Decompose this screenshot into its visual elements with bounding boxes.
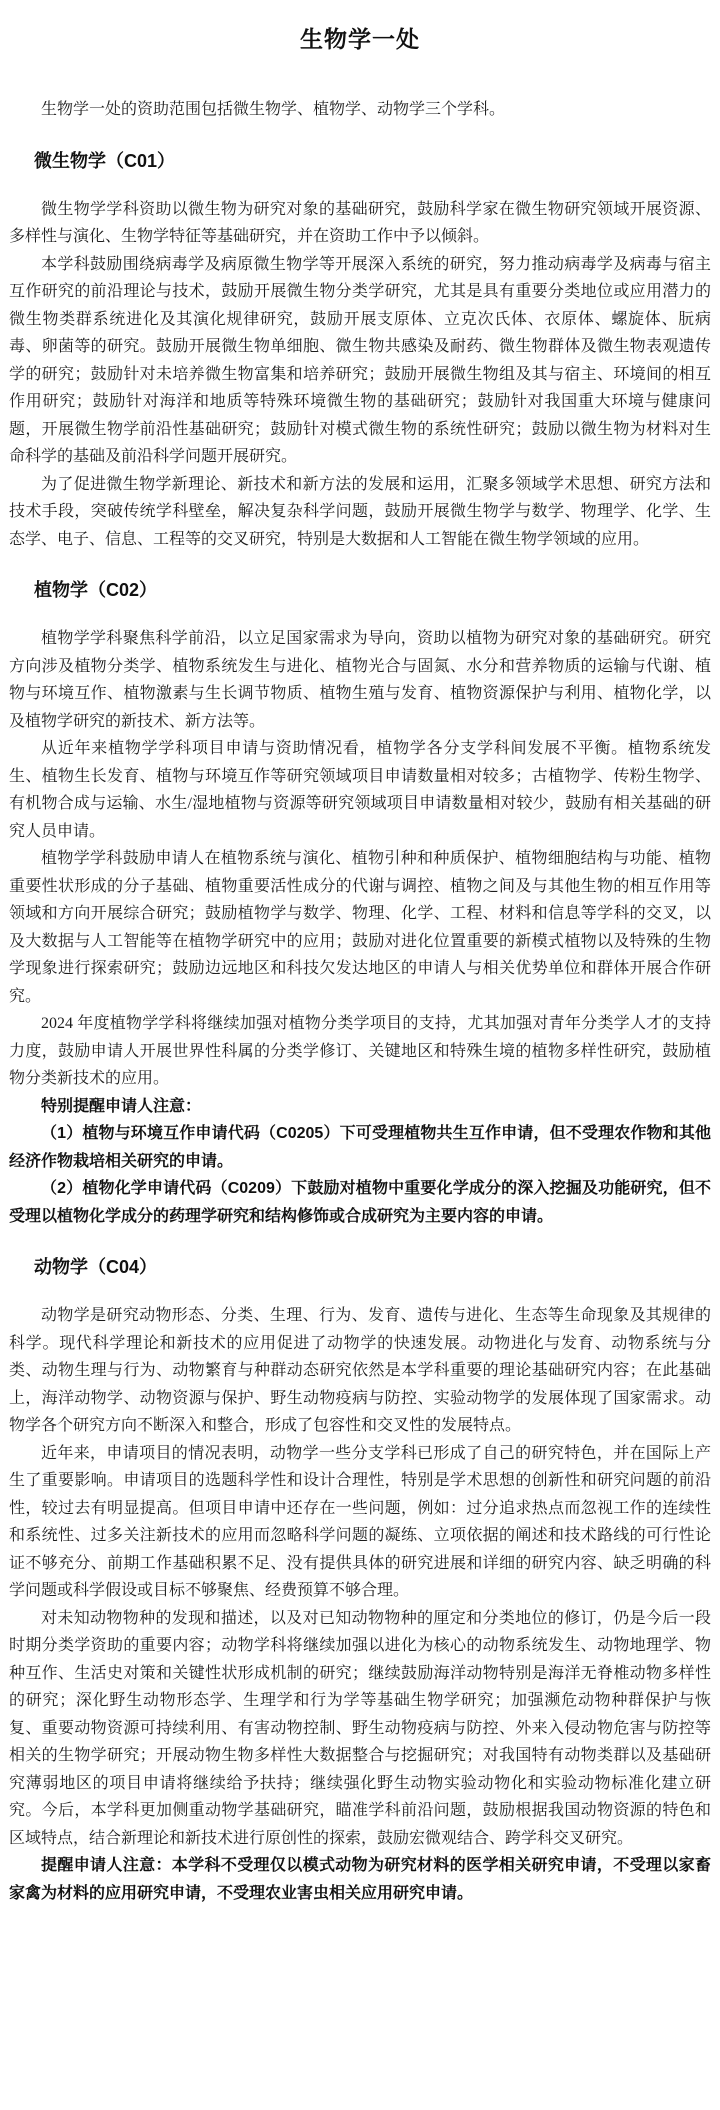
body-paragraph: 本学科鼓励围绕病毒学及病原微生物学等开展深入系统的研究，努力推动病毒学及病毒与宿… (9, 251, 711, 471)
body-paragraph: 对未知动物物种的发现和描述，以及对已知动物物种的厘定和分类地位的修订，仍是今后一… (9, 1605, 711, 1853)
notice-paragraph: （2）植物化学申请代码（C0209）下鼓励对植物中重要化学成分的深入挖掘及功能研… (9, 1175, 711, 1230)
body-paragraph: 生物学一处的资助范围包括微生物学、植物学、动物学三个学科。 (9, 96, 711, 124)
section-heading: 植物学（C02） (9, 576, 711, 602)
document-page: 生物学一处 生物学一处的资助范围包括微生物学、植物学、动物学三个学科。微生物学（… (0, 0, 720, 1947)
document-content: 生物学一处的资助范围包括微生物学、植物学、动物学三个学科。微生物学（C01）微生… (9, 96, 711, 1907)
body-paragraph: 近年来，申请项目的情况表明，动物学一些分支学科已形成了自己的研究特色，并在国际上… (9, 1440, 711, 1605)
notice-paragraph: 提醒申请人注意：本学科不受理仅以模式动物为研究材料的医学相关研究申请，不受理以家… (9, 1852, 711, 1907)
body-paragraph: 植物学学科鼓励申请人在植物系统与演化、植物引种和种质保护、植物细胞结构与功能、植… (9, 845, 711, 1010)
body-paragraph: 微生物学学科资助以微生物为研究对象的基础研究，鼓励科学家在微生物研究领域开展资源… (9, 196, 711, 251)
body-paragraph: 植物学学科聚焦科学前沿，以立足国家需求为导向，资助以植物为研究对象的基础研究。研… (9, 625, 711, 735)
notice-paragraph: 特别提醒申请人注意： (9, 1093, 711, 1121)
body-paragraph: 从近年来植物学学科项目申请与资助情况看，植物学各分支学科间发展不平衡。植物系统发… (9, 735, 711, 845)
section-heading: 动物学（C04） (9, 1253, 711, 1279)
body-paragraph: 为了促进微生物学新理论、新技术和新方法的发展和运用，汇聚多领域学术思想、研究方法… (9, 471, 711, 554)
page-title: 生物学一处 (9, 21, 711, 54)
body-paragraph: 动物学是研究动物形态、分类、生理、行为、发育、遗传与进化、生态等生命现象及其规律… (9, 1302, 711, 1440)
body-paragraph: 2024 年度植物学学科将继续加强对植物分类学项目的支持，尤其加强对青年分类学人… (9, 1010, 711, 1093)
notice-paragraph: （1）植物与环境互作申请代码（C0205）下可受理植物共生互作申请，但不受理农作… (9, 1120, 711, 1175)
section-heading: 微生物学（C01） (9, 147, 711, 173)
